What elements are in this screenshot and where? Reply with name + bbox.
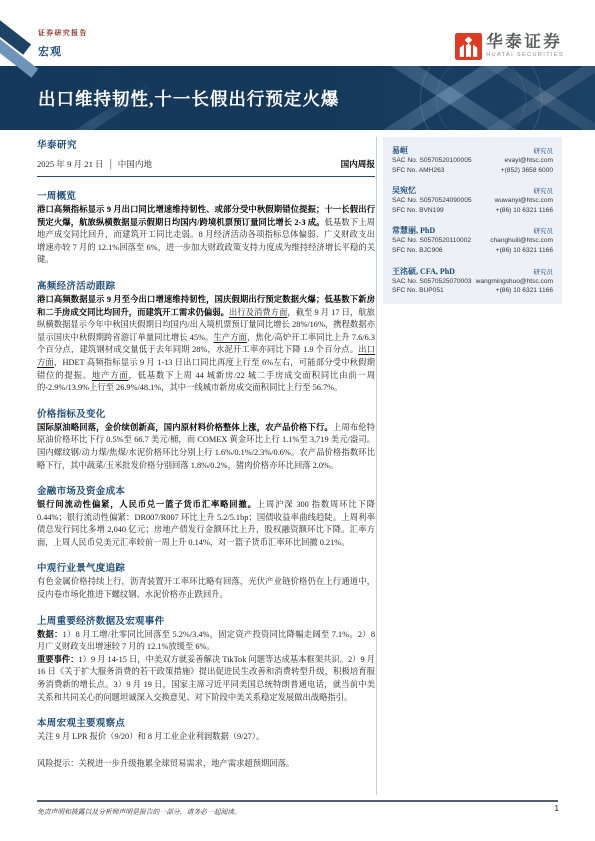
analyst-info-row: SFC No. AMH263+(852) 3658 6000 <box>392 166 553 176</box>
analyst-phone: +(86) 10 6321 1166 <box>496 246 553 256</box>
section-paragraph: 关注 9 月 LPR 报价（9/20）和 8 月工业企业利润数据（9/27）。 <box>37 731 375 744</box>
text-segment: 地产方面 <box>92 371 129 380</box>
section-last-week-data-events: 上周重要经济数据及宏观事件数据：1）8 月工增/社零同比回落至 5.2%/3.4… <box>37 613 375 705</box>
section-heading: 本周宏观主要观察点 <box>37 715 375 729</box>
analyst-sfc: SFC No. AMH263 <box>392 166 444 176</box>
text-segment: 国际原油略回落，金价续创新高，国内原材料价格整体上涨，农产品价格下行。 <box>37 423 333 432</box>
section-paragraph: 银行间流动性偏紧，人民币兑一篮子货币汇率略回撤。上周沪深 300 指数周环比下降… <box>37 499 375 549</box>
section-paragraph: 港口高频数据显示 9 月至今出口增速维持韧性，国庆假期出行预定数据火爆；低基数下… <box>37 294 375 395</box>
analyst-info-row: SFC No. BVN199+(86) 10 6321 1166 <box>392 206 553 216</box>
text-segment: 关注 9 月 LPR 报价（9/20）和 8 月工业企业利润数据（9/27）。 <box>37 732 264 741</box>
analyst-name: 王洺硕, CFA, PhD <box>392 266 455 277</box>
analyst-entry: 王洺硕, CFA, PhD研究员SAC No. S0570525070003wa… <box>392 266 553 296</box>
analyst-sfc: SFC No. BUP051 <box>392 286 444 296</box>
brand-name-cn: 华泰证券 <box>486 33 562 51</box>
section-heading: 价格指标及变化 <box>37 406 375 420</box>
section-price-indicators: 价格指标及变化国际原油略回落，金价续创新高，国内原材料价格整体上涨，农产品价格下… <box>37 406 375 472</box>
analyst-name-row: 易峘研究员 <box>392 145 553 156</box>
analyst-role: 研究员 <box>534 186 554 195</box>
section-paragraph: 数据：1）8 月工增/社零同比回落至 5.2%/3.4%，固定资产投资同比降幅走… <box>37 629 375 654</box>
text-segment: 有色金属价格持续上行，沥青装置开工率环比略有回落，光伏产业链价格仍在上行通道中，… <box>37 577 375 599</box>
sections-container: 一周概览港口高频指标显示 9 月出口同比增速维持韧性、或部分受中秋假期错位提振；… <box>37 188 375 744</box>
meta-divider: │ <box>108 159 114 169</box>
analyst-info-row: SAC No. S0570525070003wangmingshuo@htsc.… <box>392 277 553 287</box>
title-banner: 出口维持韧性,十一长假出行预定火爆 <box>0 66 595 130</box>
section-industry-sentiment: 中观行业景气度追踪有色金属价格持续上行，沥青装置开工率环比略有回落，光伏产业链价… <box>37 560 375 601</box>
report-series-label: 国内周报 <box>341 158 375 170</box>
analyst-email: wuwanyi@htsc.com <box>495 196 553 206</box>
report-date: 2025 年 9 月 21 日 <box>37 158 104 170</box>
report-page: 证券研究报告 宏观 华泰证券 HUATAI SECURITIES 出口维持韧性,… <box>0 0 595 841</box>
analyst-email: changhuili@htsc.com <box>490 236 553 246</box>
text-segment: 出行及消费方面 <box>229 308 287 317</box>
analyst-email: wangmingshuo@htsc.com <box>476 277 553 287</box>
text-segment: 1）9 月 14-15 日，中美双方就妥善解决 TikTok 问题等达成基本框架… <box>37 655 375 702</box>
section-paragraph: 有色金属价格持续上行，沥青装置开工率环比略有回落，光伏产业链价格仍在上行通道中，… <box>37 576 375 601</box>
analyst-sac: SAC No. S0570524090005 <box>392 196 472 206</box>
report-title: 出口维持韧性,十一长假出行预定火爆 <box>38 66 339 130</box>
main-column: 华泰研究 2025 年 9 月 21 日 │ 中国内地 国内周报 一周概览港口高… <box>37 137 375 770</box>
meta-row: 2025 年 9 月 21 日 │ 中国内地 国内周报 <box>37 158 375 177</box>
section-financial-market: 金融市场及资金成本银行间流动性偏紧，人民币兑一篮子货币汇率略回撤。上周沪深 30… <box>37 483 375 549</box>
analyst-phone: +(852) 3658 6000 <box>501 166 553 176</box>
footer-disclaimer: 免责声明和披露以及分析师声明是报告的一部分，请务必一起阅读。 <box>37 806 241 816</box>
brand-name-en: HUATAI SECURITIES <box>486 52 564 58</box>
section-high-freq-activity: 高频经济活动跟踪港口高频数据显示 9 月至今出口增速维持韧性，国庆假期出行预定数… <box>37 278 375 395</box>
section-paragraph: 重要事件：1）9 月 14-15 日，中美双方就妥善解决 TikTok 问题等达… <box>37 654 375 704</box>
analyst-name-row: 吴宛忆研究员 <box>392 185 553 196</box>
analyst-name: 易峘 <box>392 145 408 156</box>
text-segment: 1）8 月工增/社零同比回落至 5.2%/3.4%，固定资产投资同比降幅走阔至 … <box>37 630 375 652</box>
text-segment: 重要事件： <box>37 655 79 664</box>
analyst-role: 研究员 <box>534 146 554 155</box>
huatai-logo-icon <box>455 33 482 65</box>
analyst-sac: SAC No. S0570520110002 <box>392 236 471 246</box>
analyst-info-row: SAC No. S0570520100005evayi@htsc.com <box>392 156 553 166</box>
analyst-sac: SAC No. S0570520100005 <box>392 156 472 166</box>
analyst-role: 研究员 <box>534 267 554 276</box>
analyst-name: 常慧丽, PhD <box>392 225 435 236</box>
huatai-logo-text: 华泰证券 HUATAI SECURITIES <box>486 33 564 58</box>
analyst-entry: 易峘研究员SAC No. S0570520100005evayi@htsc.co… <box>392 145 553 175</box>
analyst-name-row: 常慧丽, PhD研究员 <box>392 225 553 236</box>
text-segment: 数据： <box>37 630 63 639</box>
column-divider <box>376 137 377 795</box>
report-region: 中国内地 <box>118 158 152 170</box>
analyst-info-row: SFC No. BUP051+(86) 10 6321 1166 <box>392 286 553 296</box>
section-heading: 高频经济活动跟踪 <box>37 278 375 292</box>
analyst-name-row: 王洺硕, CFA, PhD研究员 <box>392 266 553 277</box>
analyst-info-row: SFC No. BJC906+(86) 10 6321 1166 <box>392 246 553 256</box>
section-weekly-overview: 一周概览港口高频指标显示 9 月出口同比增速维持韧性、或部分受中秋假期错位提振；… <box>37 188 375 267</box>
top-bar: 证券研究报告 宏观 <box>38 27 88 59</box>
analyst-phone: +(86) 10 6321 1166 <box>496 206 553 216</box>
section-paragraph: 国际原油略回落，金价续创新高，国内原材料价格整体上涨，农产品价格下行。上周布伦特… <box>37 422 375 472</box>
analyst-email: evayi@htsc.com <box>505 156 553 166</box>
page-number: 1 <box>555 804 559 813</box>
footer-rule <box>37 800 558 802</box>
huatai-logo: 华泰证券 HUATAI SECURITIES <box>455 33 564 65</box>
analyst-info-row: SAC No. S0570524090005wuwanyi@htsc.com <box>392 196 553 206</box>
analyst-role: 研究员 <box>534 226 554 235</box>
section-heading: 一周概览 <box>37 188 375 202</box>
section-paragraph: 港口高频指标显示 9 月出口同比增速维持韧性、或部分受中秋假期错位提振；十一长假… <box>37 204 375 267</box>
analyst-entry: 常慧丽, PhD研究员SAC No. S0570520110002changhu… <box>392 225 553 255</box>
analyst-entry: 吴宛忆研究员SAC No. S0570524090005wuwanyi@htsc… <box>392 185 553 215</box>
analyst-sac: SAC No. S0570525070003 <box>392 277 472 287</box>
section-heading: 中观行业景气度追踪 <box>37 560 375 574</box>
section-heading: 金融市场及资金成本 <box>37 483 375 497</box>
analyst-panel: 易峘研究员SAC No. S0570520100005evayi@htsc.co… <box>383 137 562 304</box>
analyst-sfc: SFC No. BJC906 <box>392 246 443 256</box>
section-heading: 上周重要经济数据及宏观事件 <box>37 613 375 627</box>
risk-disclosure: 风险提示：关税进一步升级拖累全球贸易需求，地产需求超预期回落。 <box>37 758 375 771</box>
banner-globe-motif <box>436 66 526 130</box>
report-category: 宏观 <box>38 43 88 59</box>
report-type-label: 证券研究报告 <box>38 27 88 37</box>
analyst-info-row: SAC No. S0570520110002changhuili@htsc.co… <box>392 236 553 246</box>
analyst-sfc: SFC No. BVN199 <box>392 206 444 216</box>
text-segment: 生产方面 <box>213 333 246 342</box>
analyst-phone: +(86) 10 6321 1166 <box>496 286 553 296</box>
text-segment: 银行间流动性偏紧，人民币兑一篮子货币汇率略回撤。 <box>37 500 257 509</box>
analyst-name: 吴宛忆 <box>392 185 416 196</box>
research-brand-label: 华泰研究 <box>37 137 375 151</box>
section-this-week-watchpoints: 本周宏观主要观察点关注 9 月 LPR 报价（9/20）和 8 月工业企业利润数… <box>37 715 375 744</box>
